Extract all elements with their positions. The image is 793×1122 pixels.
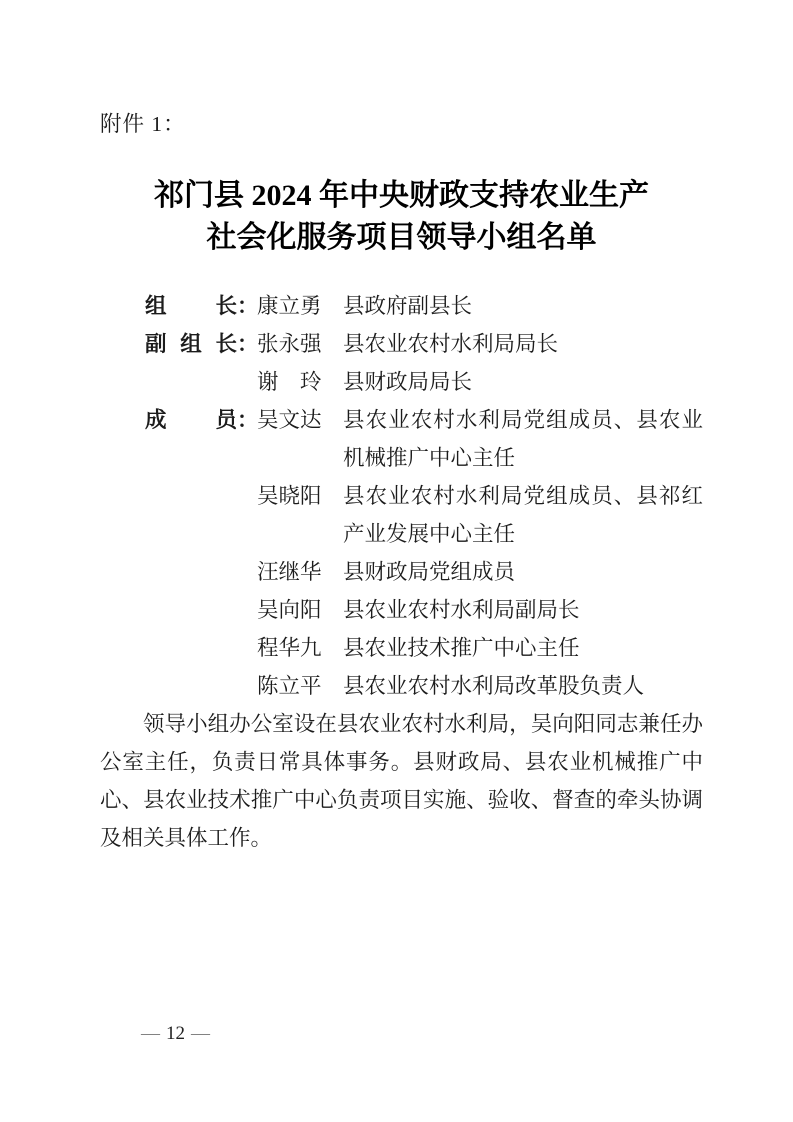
roster-row: 成员：吴文达县农业农村水利局党组成员、县农业机械推广中心主任 [100, 401, 703, 477]
member-name: 吴晓阳 [257, 477, 343, 515]
page-number-value: 12 [160, 1023, 191, 1044]
member-position: 县财政局局长 [343, 363, 703, 401]
role-colon: ： [237, 325, 257, 363]
member-name: 张永强 [257, 325, 343, 363]
member-position: 县农业农村水利局改革股负责人 [343, 667, 703, 705]
role-label: 组长 [145, 287, 237, 325]
roster-row: 组长：康立勇县政府副县长 [100, 287, 703, 325]
member-name: 程华九 [257, 629, 343, 667]
member-position: 县农业农村水利局党组成员、县农业机械推广中心主任 [343, 401, 703, 477]
member-name: 谢 玲 [257, 363, 343, 401]
role-label: 成员 [145, 401, 237, 439]
member-position: 县财政局党组成员 [343, 553, 703, 591]
member-name: 康立勇 [257, 287, 343, 325]
document-content: 附件 1： 祁门县 2024 年中央财政支持农业生产 社会化服务项目领导小组名单… [0, 0, 793, 857]
page-number: —12— [141, 1022, 210, 1045]
role-label-char: 员 [215, 401, 237, 439]
member-name: 陈立平 [257, 667, 343, 705]
roster-row: 副组长：张永强县农业农村水利局局长 [100, 325, 703, 363]
roster-row: 谢 玲县财政局局长 [100, 363, 703, 401]
role-label-char: 组 [145, 287, 167, 325]
title-line-1: 祁门县 2024 年中央财政支持农业生产 [100, 175, 703, 217]
role-colon: ： [237, 401, 257, 439]
role-label-char: 组 [180, 325, 202, 363]
member-position: 县农业农村水利局局长 [343, 325, 703, 363]
member-position: 县农业农村水利局副局长 [343, 591, 703, 629]
roster-row: 汪继华县财政局党组成员 [100, 553, 703, 591]
roster-row: 吴晓阳县农业农村水利局党组成员、县祁红产业发展中心主任 [100, 477, 703, 553]
role-label-char: 长 [215, 325, 237, 363]
member-name: 汪继华 [257, 553, 343, 591]
member-name: 吴向阳 [257, 591, 343, 629]
member-position: 县农业农村水利局党组成员、县祁红产业发展中心主任 [343, 477, 703, 553]
roster-row: 吴向阳县农业农村水利局副局长 [100, 591, 703, 629]
attachment-label: 附件 1： [100, 111, 703, 137]
roster-row: 程华九县农业技术推广中心主任 [100, 629, 703, 667]
page-number-dash-right: — [191, 1023, 210, 1044]
roster-row: 陈立平县农业农村水利局改革股负责人 [100, 667, 703, 705]
leadership-roster: 组长：康立勇县政府副县长 副组长：张永强县农业农村水利局局长 谢 玲县财政局局长… [100, 287, 703, 705]
document-title: 祁门县 2024 年中央财政支持农业生产 社会化服务项目领导小组名单 [100, 175, 703, 259]
member-position: 县政府副县长 [343, 287, 703, 325]
role-label: 副组长 [145, 325, 237, 363]
member-name: 吴文达 [257, 401, 343, 439]
page-number-dash-left: — [141, 1023, 160, 1044]
role-label-char: 成 [145, 401, 167, 439]
closing-paragraph: 领导小组办公室设在县农业农村水利局，吴向阳同志兼任办公室主任，负责日常具体事务。… [100, 705, 703, 857]
role-label-char: 副 [145, 325, 167, 363]
member-position: 县农业技术推广中心主任 [343, 629, 703, 667]
title-line-2: 社会化服务项目领导小组名单 [100, 217, 703, 259]
role-label-char: 长 [215, 287, 237, 325]
document-page: 附件 1： 祁门县 2024 年中央财政支持农业生产 社会化服务项目领导小组名单… [0, 0, 793, 1122]
role-colon: ： [237, 287, 257, 325]
